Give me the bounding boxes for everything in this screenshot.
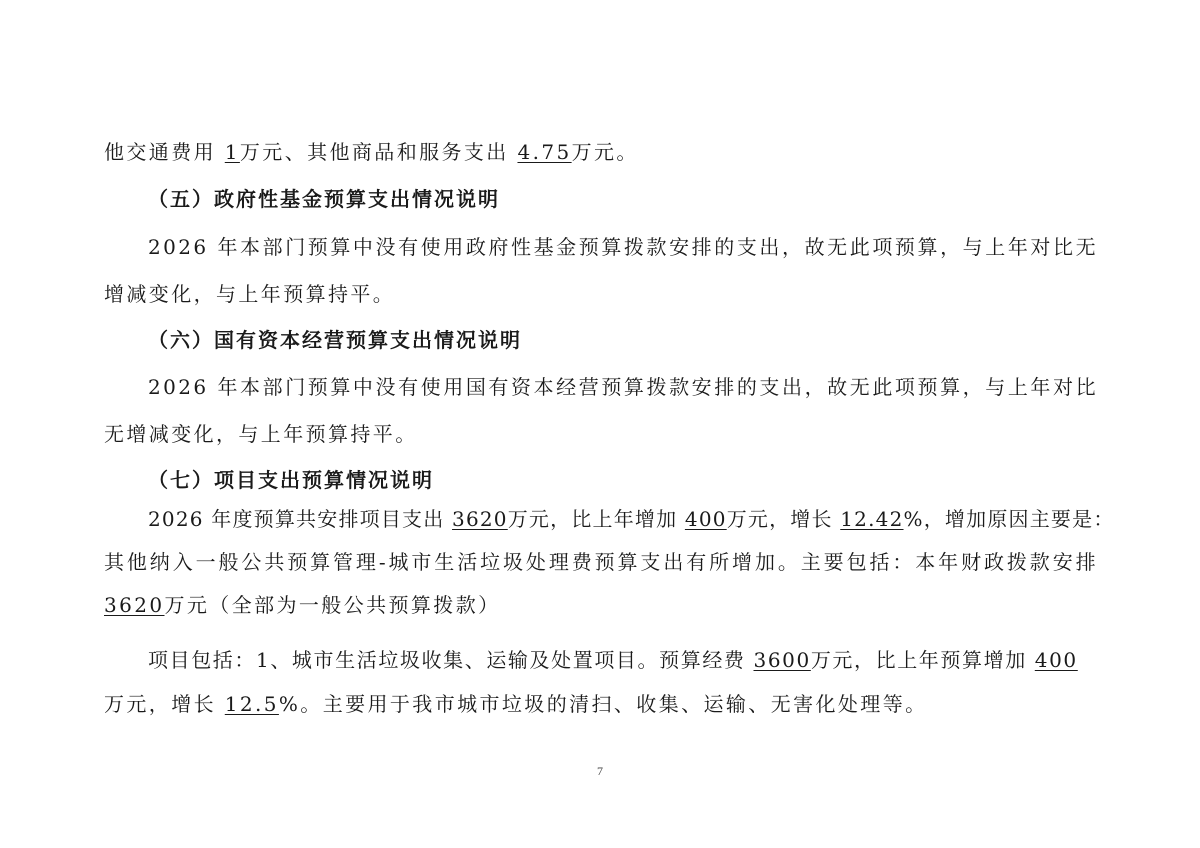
text: 万元，增长 [104,692,216,716]
page-number: 7 [0,764,1200,779]
section7-para2-line2: 万元，增长 12.5%。主要用于我市城市垃圾的清扫、收集、运输、无害化处理等。 [104,690,1098,718]
amount-other-goods: 4.75 [517,140,571,164]
section7-para1-line2: 其他纳入一般公共预算管理-城市生活垃圾处理费预算支出有所增加。主要包括：本年财政… [104,548,1098,576]
project-increase: 400 [685,507,727,531]
text: 万元，增长 [727,507,833,531]
text: 万元。 [572,140,639,164]
text: 万元，比上年预算增加 [811,648,1027,672]
section7-para1-line1: 2026 年度预算共安排项目支出 3620万元，比上年增加 400万元，增长 1… [148,505,1098,533]
section-heading-6: （六）国有资本经营预算支出情况说明 [148,326,1098,354]
text: 项目包括：1、城市生活垃圾收集、运输及处置项目。预算经费 [148,648,746,672]
item-increase: 400 [1035,648,1078,672]
section5-body-line1: 2026 年本部门预算中没有使用政府性基金预算拨款安排的支出，故无此项预算，与上… [148,233,1098,261]
paragraph-line-continuation: 他交通费用 1万元、其他商品和服务支出 4.75万元。 [104,138,1098,166]
section-heading-5: （五）政府性基金预算支出情况说明 [148,185,1098,213]
text: 万元，比上年增加 [508,507,678,531]
text: 他交通费用 [104,140,216,164]
section6-body-line2: 无增减变化，与上年预算持平。 [104,420,1098,448]
appropriation-amount: 3620 [104,593,165,617]
text: %。主要用于我市城市垃圾的清扫、收集、运输、无害化处理等。 [279,692,928,716]
project-growth-rate: 12.42 [840,507,903,531]
section7-para1-line3: 3620万元（全部为一般公共预算拨款） [104,591,1098,619]
item-growth-rate: 12.5 [225,692,279,716]
item-budget: 3600 [754,648,811,672]
text: 2026 年度预算共安排项目支出 [148,507,444,531]
section-heading-7: （七）项目支出预算情况说明 [148,466,1098,494]
section7-para2-line1: 项目包括：1、城市生活垃圾收集、运输及处置项目。预算经费 3600万元，比上年预… [148,646,1098,674]
project-total: 3620 [452,507,508,531]
section6-body-line1: 2026 年本部门预算中没有使用国有资本经营预算拨款安排的支出，故无此项预算，与… [148,373,1098,401]
text: %，增加原因主要是： [904,507,1115,531]
section5-body-line2: 增减变化，与上年预算持平。 [104,280,1098,308]
text: 万元（全部为一般公共预算拨款） [165,593,501,617]
text: 万元、其他商品和服务支出 [240,140,509,164]
amount-traffic: 1 [225,140,240,164]
